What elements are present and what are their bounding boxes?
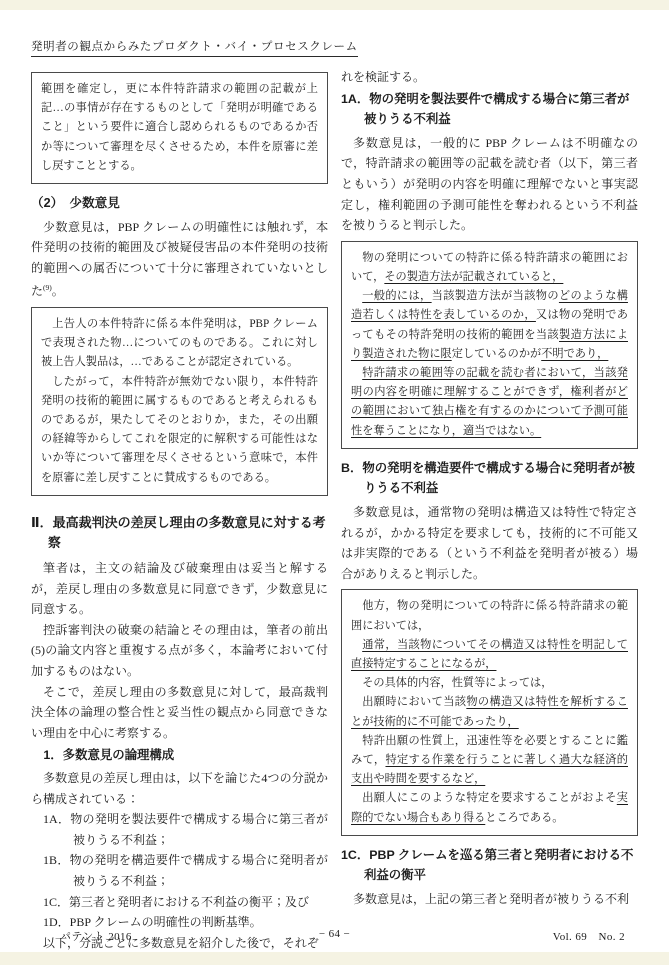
paragraph-minority-summary: 少数意見は，PBP クレームの明確性には触れず，本件発明の技術的範囲及び被疑侵害… xyxy=(31,217,328,302)
heading-logic-structure: 1．多数意見の論理構成 xyxy=(31,745,328,766)
document-page: 発明者の観点からみたプロダクト・バイ・プロセスクレーム 範囲を確定し，更に本件特… xyxy=(0,10,669,952)
paragraph-1c-summary: 多数意見は，上記の第三者と発明者が被りうる不利 xyxy=(341,889,638,910)
left-column: 範囲を確定し，更に本件特許請求の範囲の記載が上記…の事情が存在するものとして「発… xyxy=(31,67,328,953)
quote-paragraph: 一般的には，当該製造方法が当該物のどのような構造若しくは特性を表しているのか，又… xyxy=(351,287,628,364)
paragraph-author-view: 筆者は，主文の結論及び破棄理由は妥当と解するが，差戻し理由の多数意見に同意できず… xyxy=(31,558,328,620)
paragraph-continuation: れを検証する。 xyxy=(341,67,638,88)
heading-section-2-number: Ⅱ． xyxy=(31,515,53,530)
quote-box-minority-opinion: 上告人の本件特許に係る本件発明は，PBP クレームで表現された物…についてのもの… xyxy=(31,307,328,496)
quote-paragraph: 物の発明についての特許に係る特許請求の範囲において，その製造方法が記載されている… xyxy=(351,249,628,287)
quote-paragraph: 特許出願の性質上，迅速性等を必要とすることに鑑みて，特定する作業を行うことに著し… xyxy=(351,732,628,790)
quote-paragraph: 出願時において当該物の構造又は特性を解析することが技術的に不可能であったり， xyxy=(351,693,628,731)
list-item-1a-prefix: 1A． xyxy=(43,812,70,826)
footer-volume: Vol. 69 No. 2 xyxy=(553,928,625,944)
quote-box-1b: 他方，物の発明についての特許に係る特許請求の範囲においては，通常，当該物について… xyxy=(341,589,638,835)
paragraph-four-parts-intro: 多数意見の差戻し理由は，以下を論じた4つの分説から構成されている： xyxy=(31,768,328,809)
running-head: 発明者の観点からみたプロダクト・バイ・プロセスクレーム xyxy=(31,38,669,54)
paragraph-prior-article: 控訴審判決の破棄の結論とその理由は，筆者の前出(5)の論文内容と重複する点が多く… xyxy=(31,620,328,682)
list-item-1d-text: PBP クレームの明確性の判断基準。 xyxy=(70,915,262,929)
heading-1a: 1A．物の発明を製法要件で構成する場合に第三者が被りうる不利益 xyxy=(341,89,638,130)
list-item-1b-text: 物の発明を構造要件で構成する場合に発明者が被りうる不利益； xyxy=(70,853,328,888)
heading-minority-opinion: （2） 少数意見 xyxy=(31,193,328,214)
heading-section-2: Ⅱ．最高裁判決の差戻し理由の多数意見に対する考察 xyxy=(31,513,328,554)
paragraph-1a-summary: 多数意見は，一般的に PBP クレームは不明確なので，特許請求の範囲等の記載を読… xyxy=(341,133,638,236)
quote-paragraph: 他方，物の発明についての特許に係る特許請求の範囲においては， xyxy=(351,597,628,635)
list-item-1c-text: 第三者と発明者における不利益の衡平；及び xyxy=(69,895,309,909)
footnote-ref-9: (9) xyxy=(43,283,52,292)
running-head-title: 発明者の観点からみたプロダクト・バイ・プロセスクレーム xyxy=(31,41,358,57)
list-item-1d-prefix: 1D． xyxy=(43,915,70,929)
heading-1c-title: PBP クレームを巡る第三者と発明者における不利益の衡平 xyxy=(364,848,633,883)
paragraph-review-focus: そこで，差戻し理由の多数意見に対して，最高裁判決全体の論理の整合性と妥当性の観点… xyxy=(31,682,328,744)
heading-1c: 1C．PBP クレームを巡る第三者と発明者における不利益の衡平 xyxy=(341,845,638,886)
heading-section-2-title: 最高裁判決の差戻し理由の多数意見に対する考察 xyxy=(48,515,326,551)
quote-paragraph: 範囲を確定し，更に本件特許請求の範囲の記載が上記…の事情が存在するものとして「発… xyxy=(41,80,318,176)
list-item-1a-text: 物の発明を製法要件で構成する場合に第三者が被りうる不利益； xyxy=(70,812,328,847)
paragraph-minority-tail: 。 xyxy=(52,284,64,298)
quote-paragraph: 通常，当該物についてその構造又は特性を明記して直接特定することになるが， xyxy=(351,636,628,674)
list-item-1a: 1A．物の発明を製法要件で構成する場合に第三者が被りうる不利益； xyxy=(31,809,328,850)
two-column-layout: 範囲を確定し，更に本件特許請求の範囲の記載が上記…の事情が存在するものとして「発… xyxy=(0,54,669,953)
right-column: れを検証する。 1A．物の発明を製法要件で構成する場合に第三者が被りうる不利益 … xyxy=(341,67,638,953)
list-item-1b: 1B．物の発明を構造要件で構成する場合に発明者が被りうる不利益； xyxy=(31,850,328,891)
heading-1b-number: B． xyxy=(341,461,362,475)
paragraph-1b-summary: 多数意見は，通常物の発明は構造又は特性で特定されるが，かかる特定を要求しても，技… xyxy=(341,502,638,584)
heading-1b: B．物の発明を構造要件で構成する場合に発明者が被りうる不利益 xyxy=(341,458,638,499)
list-item-1c: 1C．第三者と発明者における不利益の衡平；及び xyxy=(31,892,328,913)
quote-paragraph: したがって，本件特許が無効でない限り，本件特許発明の技術的範囲に属するものである… xyxy=(41,373,318,488)
list-item-1b-prefix: 1B． xyxy=(43,853,70,867)
heading-1b-title: 物の発明を構造要件で構成する場合に発明者が被りうる不利益 xyxy=(362,461,635,496)
quote-paragraph: 上告人の本件特許に係る本件発明は，PBP クレームで表現された物…についてのもの… xyxy=(41,315,318,373)
heading-1a-title: 物の発明を製法要件で構成する場合に第三者が被りうる不利益 xyxy=(364,92,630,127)
quote-box-remand: 範囲を確定し，更に本件特許請求の範囲の記載が上記…の事情が存在するものとして「発… xyxy=(31,72,328,184)
heading-1a-number: 1A． xyxy=(341,92,369,106)
quote-paragraph: その具体的内容，性質等によっては， xyxy=(351,674,628,693)
list-item-1c-prefix: 1C． xyxy=(43,895,69,909)
heading-1c-number: 1C． xyxy=(341,848,369,862)
quote-box-1a: 物の発明についての特許に係る特許請求の範囲において，その製造方法が記載されている… xyxy=(341,241,638,449)
paragraph-minority-text: 少数意見は，PBP クレームの明確性には触れず，本件発明の技術的範囲及び被疑侵害… xyxy=(31,220,328,299)
quote-paragraph: 特許請求の範囲等の記載を読む者において，当該発明の内容を明確に理解することができ… xyxy=(351,364,628,441)
quote-paragraph: 出願人にこのような特定を要求することがおよそ実際的でない場合もあり得るところであ… xyxy=(351,789,628,827)
